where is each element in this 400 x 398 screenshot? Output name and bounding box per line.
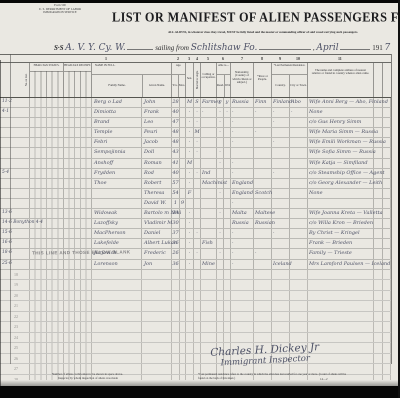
- page-subtitle: ALL ALIENS, in whatever class they trave…: [168, 31, 396, 35]
- city-or-town-label: City or Town.: [290, 75, 307, 97]
- cell-marital: ·: [194, 108, 201, 117]
- cell-extra-1: [374, 364, 383, 374]
- cell-extra-2: [383, 312, 391, 322]
- header-address: The name and complete address of nearest…: [308, 63, 374, 97]
- cell-write: [224, 148, 231, 157]
- cell-occupation: [201, 138, 217, 147]
- cell-extra-2: [383, 280, 391, 290]
- cell-age-yrs: [172, 322, 180, 332]
- cell-marital: [194, 291, 201, 301]
- cell-head-tax-status: [30, 280, 64, 290]
- cell-age-yrs: [172, 354, 180, 364]
- cell-occupation: [201, 291, 217, 301]
- passenger-row: Anshoff Roman 41 M · · Wife Katja — Simf…: [0, 159, 391, 169]
- rule-line: [259, 40, 311, 50]
- cell-extra-1: [374, 108, 383, 117]
- cell-nationality: England: [231, 179, 254, 188]
- rule-line: [127, 40, 153, 50]
- cell-extra-2: [383, 179, 391, 188]
- blank-row-number: 22: [0, 312, 30, 322]
- cell-nationality: [231, 270, 254, 280]
- cell-marital: [194, 189, 201, 198]
- cell-write: [224, 280, 231, 290]
- cell-age-yrs: 26: [172, 249, 180, 258]
- cell-marital: [194, 179, 201, 188]
- cell-head-tax-receipt: [64, 229, 92, 238]
- cell-residence-city: [290, 169, 308, 178]
- cell-relative-address: Wife Maria Simm — Russia: [308, 128, 374, 137]
- cell-residence-city: [290, 209, 308, 218]
- cell-read: ·: [217, 249, 224, 258]
- cell-residence-city: [290, 159, 308, 168]
- passenger-row: 4-1 Dimiotta Frank 40 · · · · · · · · ·: [0, 108, 391, 118]
- cell-relative-address: [308, 280, 374, 290]
- cell-given-name: Jacob: [142, 138, 172, 147]
- cell-sex: F: [186, 189, 194, 198]
- cell-family-name: [92, 322, 142, 332]
- cell-head-tax-status: [30, 209, 64, 218]
- cell-sex: ·: [186, 239, 194, 248]
- cell-given-name: [142, 322, 172, 332]
- header-able-group: Able to— Read. Write.: [217, 63, 231, 97]
- cell-relative-address: c/o Willa Kron — Brieden: [308, 219, 374, 228]
- header-residence-group: *Last Permanent Residence. Country. City…: [272, 63, 308, 97]
- cell-head-tax-receipt: [64, 312, 92, 322]
- cell-extra-2: [383, 270, 391, 280]
- cell-given-name: Theresa: [142, 189, 172, 198]
- last-permanent-residence-label: *Last Permanent Residence.: [272, 63, 307, 67]
- cell-age-yrs: 40: [172, 169, 180, 178]
- cell-age-yrs: 28: [172, 98, 180, 107]
- cell-age-yrs: 57: [172, 179, 180, 188]
- cell-age-yrs: [172, 364, 180, 374]
- cell-marital: ·: [194, 118, 201, 127]
- blank-row: 18: [0, 270, 391, 281]
- cell-write: [224, 118, 231, 127]
- voyage-line: S·S A. V. Y. Cy. W. sailing from Schlits…: [54, 40, 394, 54]
- cell-relative-address: By Christ — Kringel: [308, 229, 374, 238]
- cell-sex: ·: [186, 179, 194, 188]
- cell-residence-country: [272, 128, 290, 137]
- cell-nationality: ·: [231, 108, 254, 117]
- cell-family-name: Febri: [92, 138, 142, 147]
- cell-race: Finn: [254, 98, 272, 107]
- cell-sex: [186, 322, 194, 332]
- port-handwritten: Schlitshaw Fo.: [191, 43, 258, 53]
- cell-family-name: [92, 312, 142, 322]
- cell-residence-city: [290, 280, 308, 290]
- cell-given-name: John: [142, 98, 172, 107]
- manifest-scan: Form 500 U. S. DEPARTMENT OF LABOR IMMIG…: [0, 0, 400, 398]
- cell-occupation: [201, 249, 217, 258]
- cell-marital: [194, 301, 201, 311]
- cell-margin-note: 18-6: [0, 249, 30, 258]
- cell-given-name: Frederic: [142, 249, 172, 258]
- cell-given-name: Rod: [142, 169, 172, 178]
- cell-residence-city: [290, 148, 308, 157]
- cell-residence-country: [272, 312, 290, 322]
- cell-head-tax-receipt: [64, 209, 92, 218]
- cell-age-yrs: 30: [172, 219, 180, 228]
- cell-age-yrs: 43: [172, 148, 180, 157]
- cell-read: [217, 169, 224, 178]
- cell-nationality: ·: [231, 118, 254, 127]
- cell-residence-city: [290, 138, 308, 147]
- name-subheaders: Family Name. Given Name.: [92, 74, 171, 97]
- cell-relative-address: None: [308, 108, 374, 117]
- cell-read: ·: [217, 179, 224, 188]
- cell-head-tax-receipt: [64, 118, 92, 127]
- cell-extra-1: [374, 189, 383, 198]
- cell-given-name: [142, 354, 172, 364]
- cell-family-name: Lazoffsky: [92, 219, 142, 228]
- cell-extra-2: [383, 249, 391, 258]
- cell-family-name: [92, 280, 142, 290]
- cell-sex: ·: [186, 108, 194, 117]
- cell-residence-country: [272, 301, 290, 311]
- cell-extra-2: [383, 219, 391, 228]
- cell-nationality: ·: [231, 199, 254, 208]
- cell-head-tax-status: [30, 159, 64, 168]
- cell-write: [224, 312, 231, 322]
- cell-family-name: Anshoff: [92, 159, 142, 168]
- cell-extra-1: [374, 322, 383, 332]
- cell-marital: [194, 322, 201, 332]
- head-tax-status-label: HEAD-TAX STATUS.: [30, 63, 63, 67]
- cell-age-yrs: 36: [172, 260, 180, 269]
- cell-sex: ·: [186, 148, 194, 157]
- cell-write: [224, 159, 231, 168]
- cell-residence-city: [290, 189, 308, 198]
- blank-row: 23: [0, 322, 391, 333]
- cell-nationality: [231, 291, 254, 301]
- cell-extra-1: [374, 343, 383, 353]
- cell-race: [254, 312, 272, 322]
- cell-head-tax-receipt: [64, 301, 92, 311]
- cell-read: ·: [217, 159, 224, 168]
- cell-nationality: England: [231, 189, 254, 198]
- cell-sex: [186, 333, 194, 343]
- blank-row-number: 20: [0, 291, 30, 301]
- cell-race: [254, 138, 272, 147]
- cell-given-name: Frank: [142, 108, 172, 117]
- cell-family-name: [92, 270, 142, 280]
- cell-relative-address: [308, 301, 374, 311]
- cell-relative-address: [308, 312, 374, 322]
- cell-marital: [194, 333, 201, 343]
- cell-head-tax-status: [30, 333, 64, 343]
- blank-row-number: 19: [0, 280, 30, 290]
- cell-extra-1: [374, 159, 383, 168]
- cell-residence-country: [272, 159, 290, 168]
- cell-nationality: ·: [231, 229, 254, 238]
- scan-bottom-border: [0, 386, 400, 398]
- cell-extra-1: [374, 199, 383, 208]
- cell-race: [254, 333, 272, 343]
- cell-age-yrs: 47: [172, 118, 180, 127]
- cell-given-name: [142, 333, 172, 343]
- header-extra-col-1: [374, 63, 383, 97]
- cell-family-name: Widowak: [92, 209, 142, 218]
- cell-write: [224, 209, 231, 218]
- cell-residence-country: [272, 179, 290, 188]
- head-tax-receipt-label: HEAD-TAX RECEIPT.: [64, 63, 91, 67]
- cell-sex: ·: [186, 219, 194, 228]
- cell-extra-2: [383, 354, 391, 364]
- cell-marital: [194, 199, 201, 208]
- cell-occupation: [201, 229, 217, 238]
- cell-race: [254, 280, 272, 290]
- cell-family-name: [92, 199, 142, 208]
- cell-head-tax-status: [30, 229, 64, 238]
- cell-head-tax-status: [30, 128, 64, 137]
- cell-race: [254, 199, 272, 208]
- no-on-list-label: No. on List.: [25, 65, 28, 95]
- cell-extra-1: [374, 249, 383, 258]
- col-number-1: 1: [105, 56, 107, 61]
- cell-family-name: Berg o Lad: [92, 98, 142, 107]
- passenger-row: 25-6 Lorenson Jon 36 · Mine · Iceland: [0, 260, 391, 270]
- cell-write: [224, 229, 231, 238]
- cell-extra-2: [383, 333, 391, 343]
- cell-residence-city: [290, 128, 308, 137]
- cell-occupation: [201, 301, 217, 311]
- cell-sex: [186, 280, 194, 290]
- footnote-left: Number of aliens on this sheet to be sho…: [52, 372, 172, 380]
- cell-marital: [194, 209, 201, 218]
- cell-write: [224, 260, 231, 269]
- cell-write: [224, 270, 231, 280]
- cell-age-yrs: 40: [172, 108, 180, 117]
- age-subheaders: Yrs. Mos.: [172, 74, 185, 97]
- cell-family-name: Lakefelde: [92, 239, 142, 248]
- cell-given-name: [142, 343, 172, 353]
- cell-extra-2: [383, 209, 391, 218]
- cell-extra-2: [383, 169, 391, 178]
- cell-residence-city: [290, 199, 308, 208]
- blank-row-number: 23: [0, 322, 30, 332]
- cell-occupation: [201, 128, 217, 137]
- cell-read: [217, 312, 224, 322]
- cell-race: [254, 229, 272, 238]
- table-left-rule: [10, 54, 11, 364]
- cell-marital: S: [194, 98, 201, 107]
- cell-write: [224, 249, 231, 258]
- cell-occupation: [201, 280, 217, 290]
- cell-relative-address: Wife Anni Berg — Abo, Finland: [308, 98, 374, 107]
- cell-given-name: Leo: [142, 118, 172, 127]
- cell-given-name: Jon: [142, 260, 172, 269]
- read-label: Read.: [217, 75, 225, 97]
- form-number-stamp: Form 500 U. S. DEPARTMENT OF LABOR IMMIG…: [28, 4, 92, 15]
- cell-relative-address: Wife Katja — Simfiland: [308, 159, 374, 168]
- cell-extra-2: [383, 291, 391, 301]
- cell-given-name: [142, 291, 172, 301]
- cell-read: ·: [217, 128, 224, 137]
- cell-relative-address: Wife Joanna Kreta — Valletta: [308, 209, 374, 218]
- cell-marital: [194, 270, 201, 280]
- cell-relative-address: Family — Trieste: [308, 249, 374, 258]
- cell-race: Russian: [254, 219, 272, 228]
- cell-family-name: MacPherson: [92, 229, 142, 238]
- cell-residence-city: [290, 260, 308, 269]
- cell-write: [224, 189, 231, 198]
- cell-age-yrs: [172, 301, 180, 311]
- cell-head-tax-status: [30, 312, 64, 322]
- cell-occupation: [201, 270, 217, 280]
- cell-relative-address: [308, 322, 374, 332]
- cell-race: ·: [254, 108, 272, 117]
- col-number-11: 11: [338, 56, 342, 61]
- form-stamp-line3: IMMIGRATION SERVICE: [28, 11, 92, 15]
- cell-margin-note: 15-6: [0, 229, 30, 238]
- cell-head-tax-status: [30, 219, 64, 228]
- cell-residence-country: [272, 280, 290, 290]
- cell-residence-city: [290, 312, 308, 322]
- cell-age-yrs: 41: [172, 159, 180, 168]
- passenger-row: 13-6 Widowak Bartolo m Niki 34 · · Malta…: [0, 209, 391, 219]
- cell-extra-2: [383, 189, 391, 198]
- cell-head-tax-receipt: [64, 199, 92, 208]
- cell-relative-address: Wife Sofia Simm — Russia: [308, 148, 374, 157]
- col-number-10: 10: [296, 56, 300, 61]
- cell-write: [224, 301, 231, 311]
- cell-read: [217, 138, 224, 147]
- cell-race: [254, 239, 272, 248]
- cell-occupation: Machinist: [201, 179, 217, 188]
- cell-extra-1: [374, 118, 383, 127]
- comma: ,: [313, 44, 315, 52]
- col-number-3: 3: [188, 56, 190, 61]
- cell-head-tax-status: [30, 148, 64, 157]
- passenger-row: Sempojinnia Doll 43 · · · Wife Sofia Sim…: [0, 148, 391, 158]
- cell-relative-address: Wife Emili Workman — Russia: [308, 138, 374, 147]
- cell-age-yrs: 1: [172, 199, 180, 208]
- cell-head-tax-status: [30, 138, 64, 147]
- cell-occupation: [201, 159, 217, 168]
- cell-head-tax-status: [30, 260, 64, 269]
- cell-write: y: [224, 98, 231, 107]
- cell-residence-city: [290, 301, 308, 311]
- cell-residence-city: Abo: [290, 98, 308, 107]
- page-title: LIST OR MANIFEST OF ALIEN PASSENGERS FOR…: [112, 9, 398, 25]
- cell-given-name: Peuri: [142, 128, 172, 137]
- header-head-tax-receipt: HEAD-TAX RECEIPT.: [64, 63, 92, 97]
- cell-nationality: ·: [231, 249, 254, 258]
- cell-given-name: [142, 280, 172, 290]
- cell-head-tax-status: [30, 322, 64, 332]
- cell-head-tax-status: [30, 118, 64, 127]
- cell-marital: ·: [194, 169, 201, 178]
- cell-race: [254, 148, 272, 157]
- cell-family-name: Temple: [92, 128, 142, 137]
- cell-write: ·: [224, 108, 231, 117]
- cell-family-name: Lorenson: [92, 260, 142, 269]
- cell-read: [217, 219, 224, 228]
- cell-occupation: [201, 322, 217, 332]
- passenger-row: David W. 1 9 ·: [0, 199, 391, 209]
- cell-family-name: [92, 301, 142, 311]
- cell-read: [217, 260, 224, 269]
- cell-race: Maltese: [254, 209, 272, 218]
- cell-residence-country: Iceland: [272, 260, 290, 269]
- cell-sex: ·: [186, 118, 194, 127]
- cell-age-yrs: [172, 312, 180, 322]
- cell-head-tax-receipt: [64, 322, 92, 332]
- cell-residence-country: [272, 322, 290, 332]
- cell-extra-1: [374, 291, 383, 301]
- cell-extra-1: [374, 179, 383, 188]
- cell-read: [217, 333, 224, 343]
- column-number-strip: 1 2 3 4 5 6 7 8 9 10 11: [0, 55, 391, 63]
- cell-head-tax-receipt: [64, 343, 92, 353]
- cell-given-name: Albert Lukan: [142, 239, 172, 248]
- col-number-7: 7: [241, 56, 243, 61]
- cell-age-yrs: [172, 343, 180, 353]
- month-handwritten: April: [316, 43, 338, 53]
- cell-race: [254, 260, 272, 269]
- cell-relative-address: c/o Georg Alexander — Leith: [308, 179, 374, 188]
- cell-write: [224, 322, 231, 332]
- cell-nationality: Malta: [231, 209, 254, 218]
- cell-race: [254, 291, 272, 301]
- cell-occupation: [201, 219, 217, 228]
- head-tax-status-subcolumns: [30, 71, 63, 97]
- header-sex: Sex.: [186, 63, 194, 97]
- cell-race: [254, 322, 272, 332]
- cell-marital: [194, 280, 201, 290]
- cell-relative-address: Frank — Brieden: [308, 239, 374, 248]
- cell-extra-1: [374, 260, 383, 269]
- cell-nationality: [231, 333, 254, 343]
- cell-occupation: Farmer: [201, 98, 217, 107]
- cell-sex: ·: [186, 249, 194, 258]
- cell-extra-2: [383, 118, 391, 127]
- cell-marital: [194, 239, 201, 248]
- cell-family-name: Thoe: [92, 179, 142, 188]
- country-label: Country.: [272, 75, 290, 97]
- cell-family-name: Frydden: [92, 169, 142, 178]
- cell-marital: ·: [194, 249, 201, 258]
- cell-sex: [186, 312, 194, 322]
- ship-name-handwritten: A. V. Y. Cy. W.: [65, 43, 125, 53]
- cell-residence-country: [272, 148, 290, 157]
- passenger-row: 15-6 MacPherson Daniel 37 · · · · ·: [0, 229, 391, 239]
- cell-sex: M: [186, 98, 194, 107]
- header-marital: Married or single.: [194, 63, 201, 97]
- cell-margin-note: [0, 189, 30, 198]
- header-name-group: NAME IN FULL. Family Name. Given Name.: [92, 63, 172, 97]
- cell-write: [224, 239, 231, 248]
- passenger-row: 11-2 Berg o Lad John 28 M S Farmer y y R…: [0, 98, 391, 108]
- cell-sex: [186, 301, 194, 311]
- cell-head-tax-status: [30, 189, 64, 198]
- cell-residence-country: [272, 239, 290, 248]
- cell-extra-2: [383, 260, 391, 269]
- cell-extra-2: [383, 148, 391, 157]
- cell-write: [224, 138, 231, 147]
- cell-residence-country: ·: [272, 229, 290, 238]
- cell-given-name: [142, 270, 172, 280]
- cell-race: ·: [254, 128, 272, 137]
- cell-occupation: [201, 209, 217, 218]
- cell-margin-note: 25-6: [0, 260, 30, 269]
- cell-occupation: Mine: [201, 260, 217, 269]
- cell-margin-note: 11-2: [0, 98, 30, 107]
- header-calling: Calling or occupation.: [201, 63, 217, 97]
- cell-head-tax-status: [30, 291, 64, 301]
- cell-marital: M: [194, 128, 201, 137]
